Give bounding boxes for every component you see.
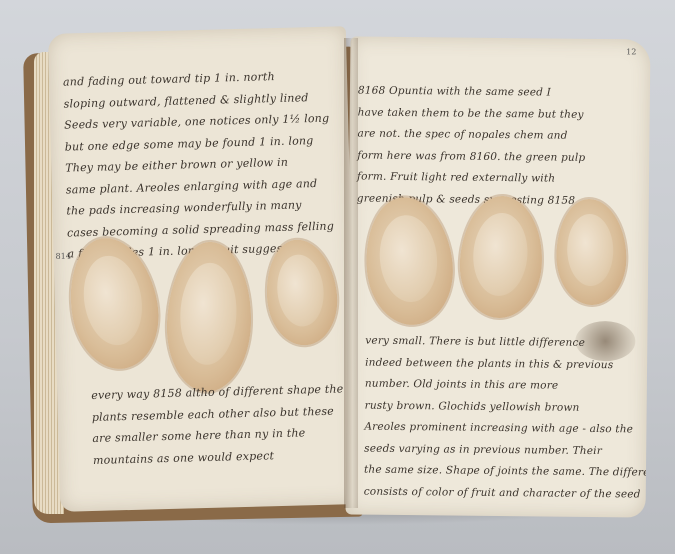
page-number: 12 — [626, 47, 636, 56]
left-page-top-text: and fading out toward tip 1 in. north sl… — [63, 65, 335, 265]
right-page-top-text: 8168 Opuntia with the same seed I have t… — [357, 81, 586, 212]
left-page-bottom-text: every way 8158 altho of different shape … — [91, 378, 345, 471]
book-gutter — [344, 38, 358, 508]
right-page-bottom-text: very small. There is but little differen… — [364, 331, 651, 506]
open-notebook: 814 and fading out toward tip 1 in. nort… — [28, 22, 653, 524]
pressed-specimen — [360, 193, 458, 329]
pressed-specimen — [164, 240, 254, 394]
pressed-specimen — [555, 198, 628, 306]
left-page: 814 and fading out toward tip 1 in. nort… — [48, 26, 358, 512]
right-page: 12 8168 Opuntia with the same seed I hav… — [346, 36, 651, 517]
pressed-specimen — [456, 194, 545, 321]
